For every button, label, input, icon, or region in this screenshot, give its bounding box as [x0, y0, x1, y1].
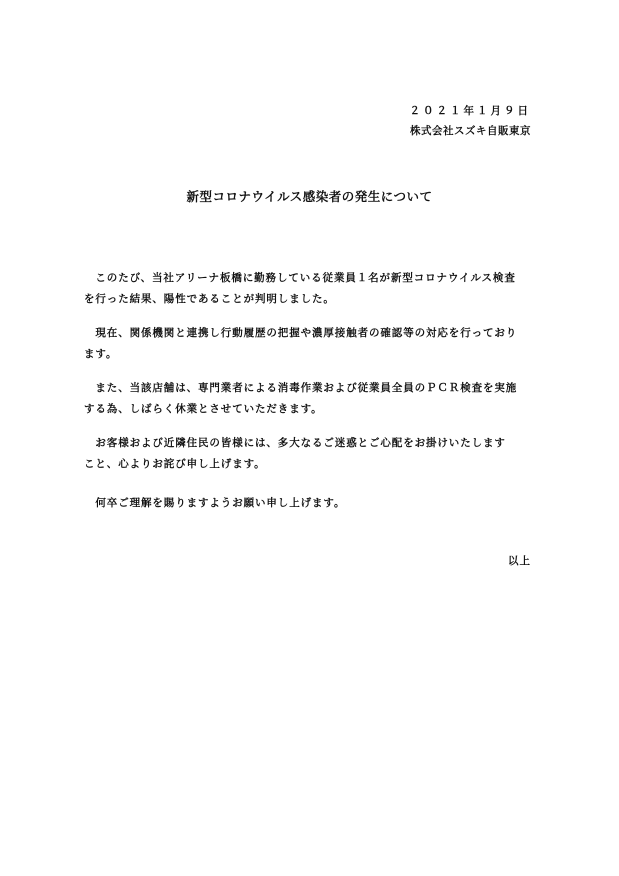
company-name: 株式会社スズキ自販東京 — [410, 123, 531, 138]
paragraph-line: ます。 — [84, 344, 534, 365]
paragraph-request: 何卒ご理解を賜りますようお願い申し上げます。 — [84, 493, 534, 514]
closing-mark: 以上 — [508, 553, 531, 568]
paragraph-line: する為、しばらく休業とさせていただきます。 — [84, 399, 534, 420]
paragraph-line: このたび、当社アリーナ板橋に勤務している従業員１名が新型コロナウイルス検査 — [84, 268, 534, 289]
paragraph-line: を行った結果、陽性であることが判明しました。 — [84, 289, 534, 310]
document-title: 新型コロナウイルス感染者の発生について — [0, 187, 619, 205]
document-page: ２０２１年１月９日 株式会社スズキ自販東京 新型コロナウイルス感染者の発生につい… — [0, 0, 619, 876]
paragraph-line: こと、心よりお詫び申し上げます。 — [84, 454, 534, 475]
paragraph-store-closure: また、当該店舗は、専門業者による消毒作業および従業員全員のＰＣＲ検査を実施 する… — [84, 378, 534, 420]
paragraph-announcement: このたび、当社アリーナ板橋に勤務している従業員１名が新型コロナウイルス検査 を行… — [84, 268, 534, 310]
paragraph-line: お客様および近隣住民の皆様には、多大なるご迷惑とご心配をお掛けいたします — [84, 433, 534, 454]
paragraph-current-status: 現在、関係機関と連携し行動履歴の把握や濃厚接触者の確認等の対応を行っており ます… — [84, 323, 534, 365]
paragraph-apology: お客様および近隣住民の皆様には、多大なるご迷惑とご心配をお掛けいたします こと、… — [84, 433, 534, 475]
paragraph-line: 現在、関係機関と連携し行動履歴の把握や濃厚接触者の確認等の対応を行っており — [84, 323, 534, 344]
paragraph-line: 何卒ご理解を賜りますようお願い申し上げます。 — [84, 493, 534, 514]
paragraph-line: また、当該店舗は、専門業者による消毒作業および従業員全員のＰＣＲ検査を実施 — [84, 378, 534, 399]
document-date: ２０２１年１月９日 — [410, 103, 532, 118]
